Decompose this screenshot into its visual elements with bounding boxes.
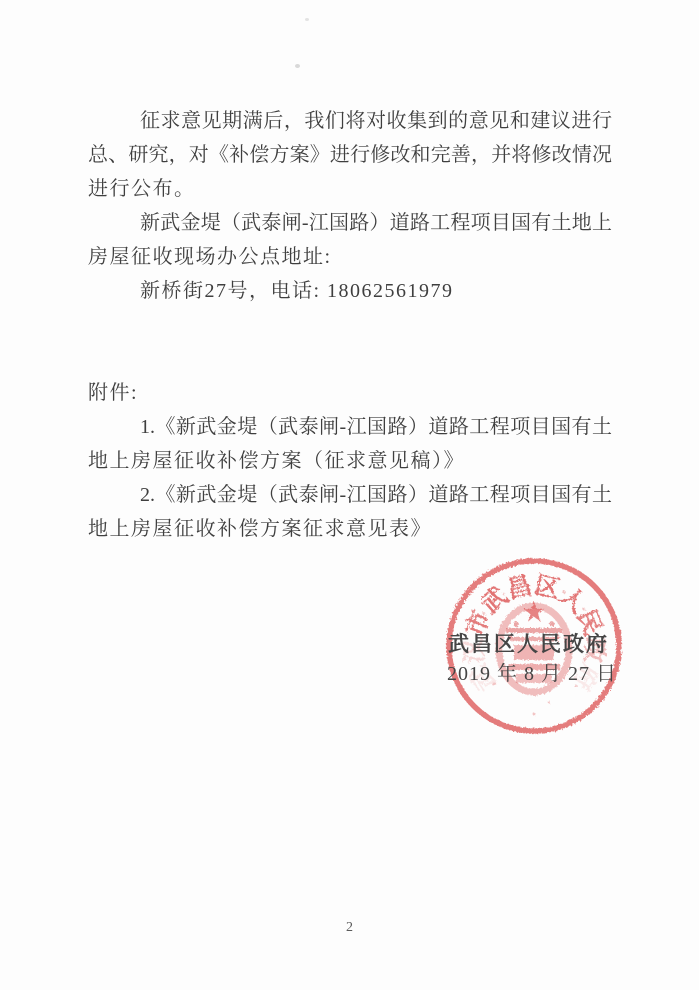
body-line: 进行公布。 — [88, 172, 612, 206]
body-line: 新武金堤（武泰闸-江国路）道路工程项目国有土地上 — [88, 206, 612, 240]
page-number: 2 — [0, 920, 699, 936]
signature-date: 2019 年 8 月 27 日 — [447, 660, 617, 688]
scan-speck — [305, 18, 309, 21]
attachment-item: 2.《新武金堤（武泰闸-江国路）道路工程项目国有土 — [88, 478, 612, 512]
attachment-item: 1.《新武金堤（武泰闸-江国路）道路工程项目国有土 — [88, 410, 612, 444]
seal-ring-char: 昌 — [504, 571, 535, 604]
scan-speck — [295, 64, 300, 68]
document-page: 征求意见期满后，我们将对收集到的意见和建议进行汇 总、研究，对《补偿方案》进行修… — [0, 0, 699, 990]
signature-organization: 武昌区人民政府 — [448, 629, 609, 659]
body-line: 总、研究，对《补偿方案》进行修改和完善，并将修改情况 — [88, 138, 612, 172]
body-line: 新桥街27号，电话: 18062561979 — [88, 274, 612, 308]
body-line: 房屋征收现场办公点地址: — [88, 240, 612, 274]
attachment-item: 地上房屋征收补偿方案（征求意见稿）》 — [88, 444, 612, 478]
body-line: 征求意见期满后，我们将对收集到的意见和建议进行汇 — [88, 104, 612, 138]
attachment-item: 地上房屋征收补偿方案征求意见表》 — [88, 512, 612, 546]
attachment-heading: 附件: — [88, 376, 612, 410]
document-body: 征求意见期满后，我们将对收集到的意见和建议进行汇 总、研究，对《补偿方案》进行修… — [88, 104, 612, 546]
